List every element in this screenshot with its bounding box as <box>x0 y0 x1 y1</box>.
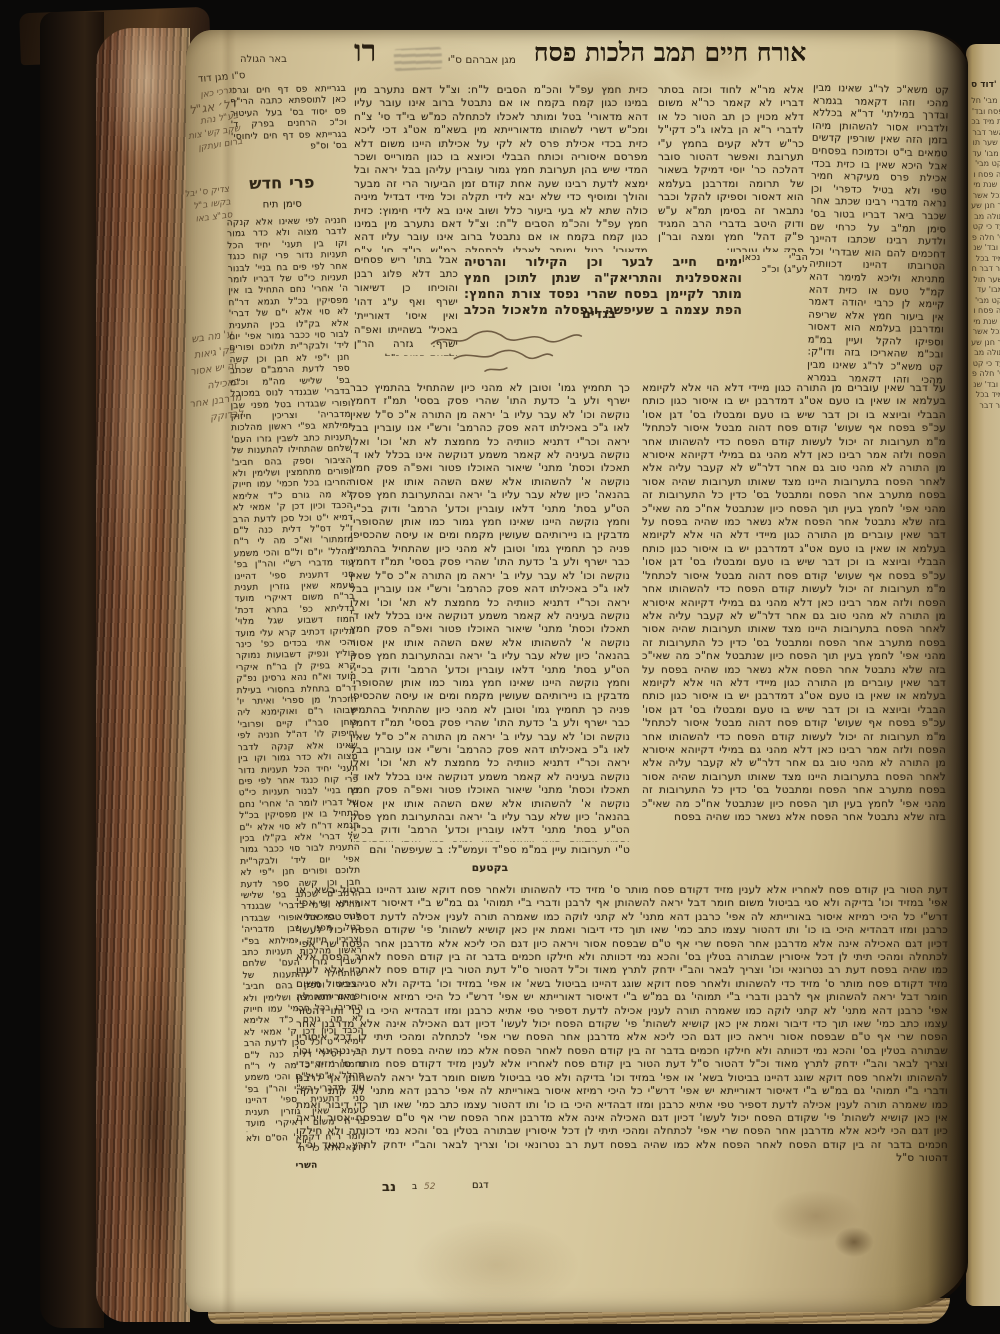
page-catchword: דגם <box>472 1180 489 1191</box>
quire-signature: נב <box>382 1180 396 1195</box>
book-page: אורח חיים תמב הלכות פסח מגן אברהם ס"י רו… <box>186 30 968 1312</box>
mid-left-catchword: בקטעם <box>350 862 630 875</box>
beer-hagolah-column: בגרייתא פס דף חים וגרכי כאן לתוספתא כתבה… <box>230 84 348 172</box>
siman-header: סימן תיח <box>236 198 328 211</box>
page-edge-stack <box>96 28 190 1322</box>
pencil-foliation: 52 <box>424 1182 435 1192</box>
faded-stamp <box>393 47 442 71</box>
commentary-column-a: כזית חמץ עפ"ל והכ"מ הסבים ל"ח: וצ"ל דאם … <box>354 84 648 252</box>
folio-number: רו <box>354 34 376 69</box>
bottom-commentary-block: דעת הטור בין קודם פסח לאחריו אלא לענין מ… <box>296 884 948 1178</box>
handwritten-inscription <box>421 318 592 385</box>
magen-avraham-column: קט משא"כ לר"ג שאינו מבין מהכי וזהו דקאמר… <box>807 83 949 384</box>
magen-avraham-label: מגן אברהם ס"י <box>448 54 516 66</box>
facing-page-header-fragment: דוד ס' <box>971 80 1000 90</box>
commentary-line-tail: הב"י נכאן לע"ג) וכ"כ <box>742 252 808 276</box>
book-spine <box>40 12 104 1328</box>
commentary-mid-right-column: על דבר שאין עוברים מן התורה כגון מיידי ד… <box>642 382 946 878</box>
commentary-column-b: אלא מר"א לחוד וכזה בסתר דבריו לא קאמר כר… <box>658 84 804 252</box>
facing-page-sliver: דוד ס' קט מבי' חלה פסח ובד' שנת מיד בכל … <box>966 44 1000 1306</box>
photo-of-open-book: דוד ס' קט מבי' חלה פסח ובד' שנת מיד בכל … <box>0 0 1000 1334</box>
signature-letter: ב <box>412 1182 417 1192</box>
peri-chadash-header: פרי חדש <box>234 172 330 193</box>
mid-left-endline: ט"י תערובות עיין במ"מ ספ"ד ועמש"ל: ב שעי… <box>350 844 630 860</box>
page-title: אורח חיים תמב הלכות פסח <box>522 38 818 68</box>
commentary-mid-left-column: כך תחמיץ גמו' וטובן לא מהני כיון שהתחיל … <box>350 382 630 842</box>
facing-page-text: קט מבי' חלה פסח ובד' שנת מיד בכל אשר דבר… <box>971 96 1000 411</box>
